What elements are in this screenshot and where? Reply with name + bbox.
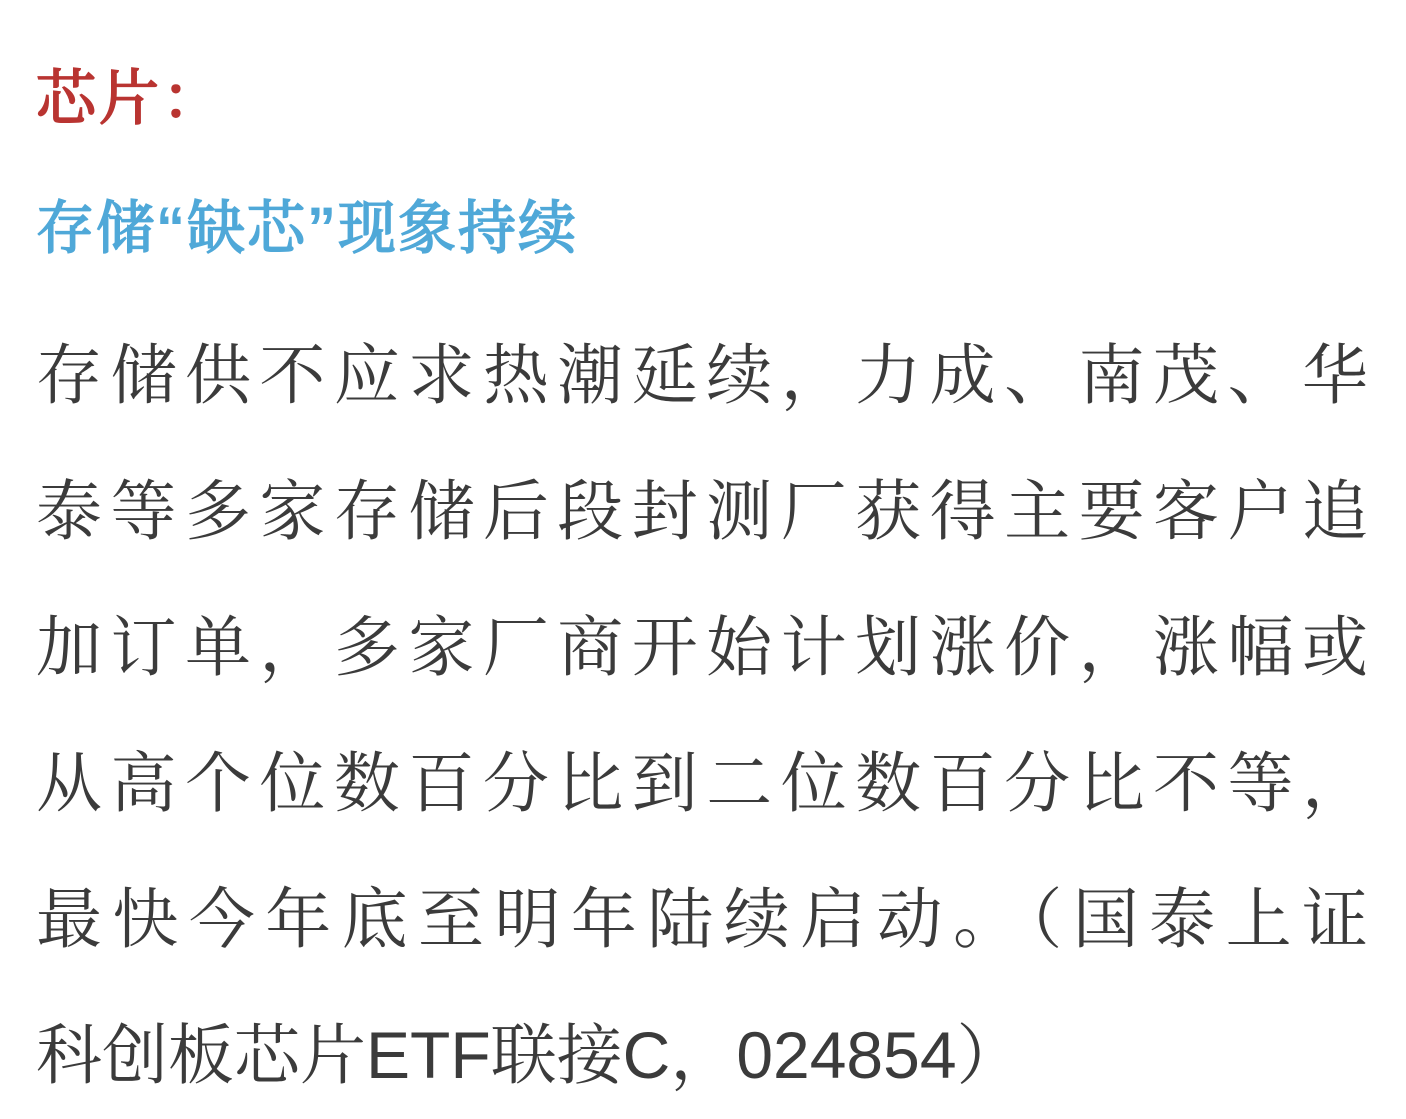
article-subheading: 存储“缺芯”现象持续: [36, 195, 1368, 263]
body-line-6: 科创板芯片ETF联接C，024854）: [36, 987, 1368, 1119]
section-heading: 芯片：: [36, 64, 1368, 135]
body-line-2: 泰等多家存储后段封测厂获得主要客户追: [36, 443, 1368, 579]
body-line-5: 最快今年底至明年陆续启动。（国泰上证: [36, 851, 1368, 987]
body-line-1: 存储供不应求热潮延续，力成、南茂、华: [36, 307, 1368, 443]
article-page: 芯片： 存储“缺芯”现象持续 存储供不应求热潮延续，力成、南茂、华 泰等多家存储…: [0, 0, 1406, 1119]
body-line-4: 从高个位数百分比到二位数百分比不等，: [36, 715, 1368, 851]
body-line-3: 加订单，多家厂商开始计划涨价，涨幅或: [36, 579, 1368, 715]
article-body: 存储供不应求热潮延续，力成、南茂、华 泰等多家存储后段封测厂获得主要客户追 加订…: [36, 307, 1368, 1119]
